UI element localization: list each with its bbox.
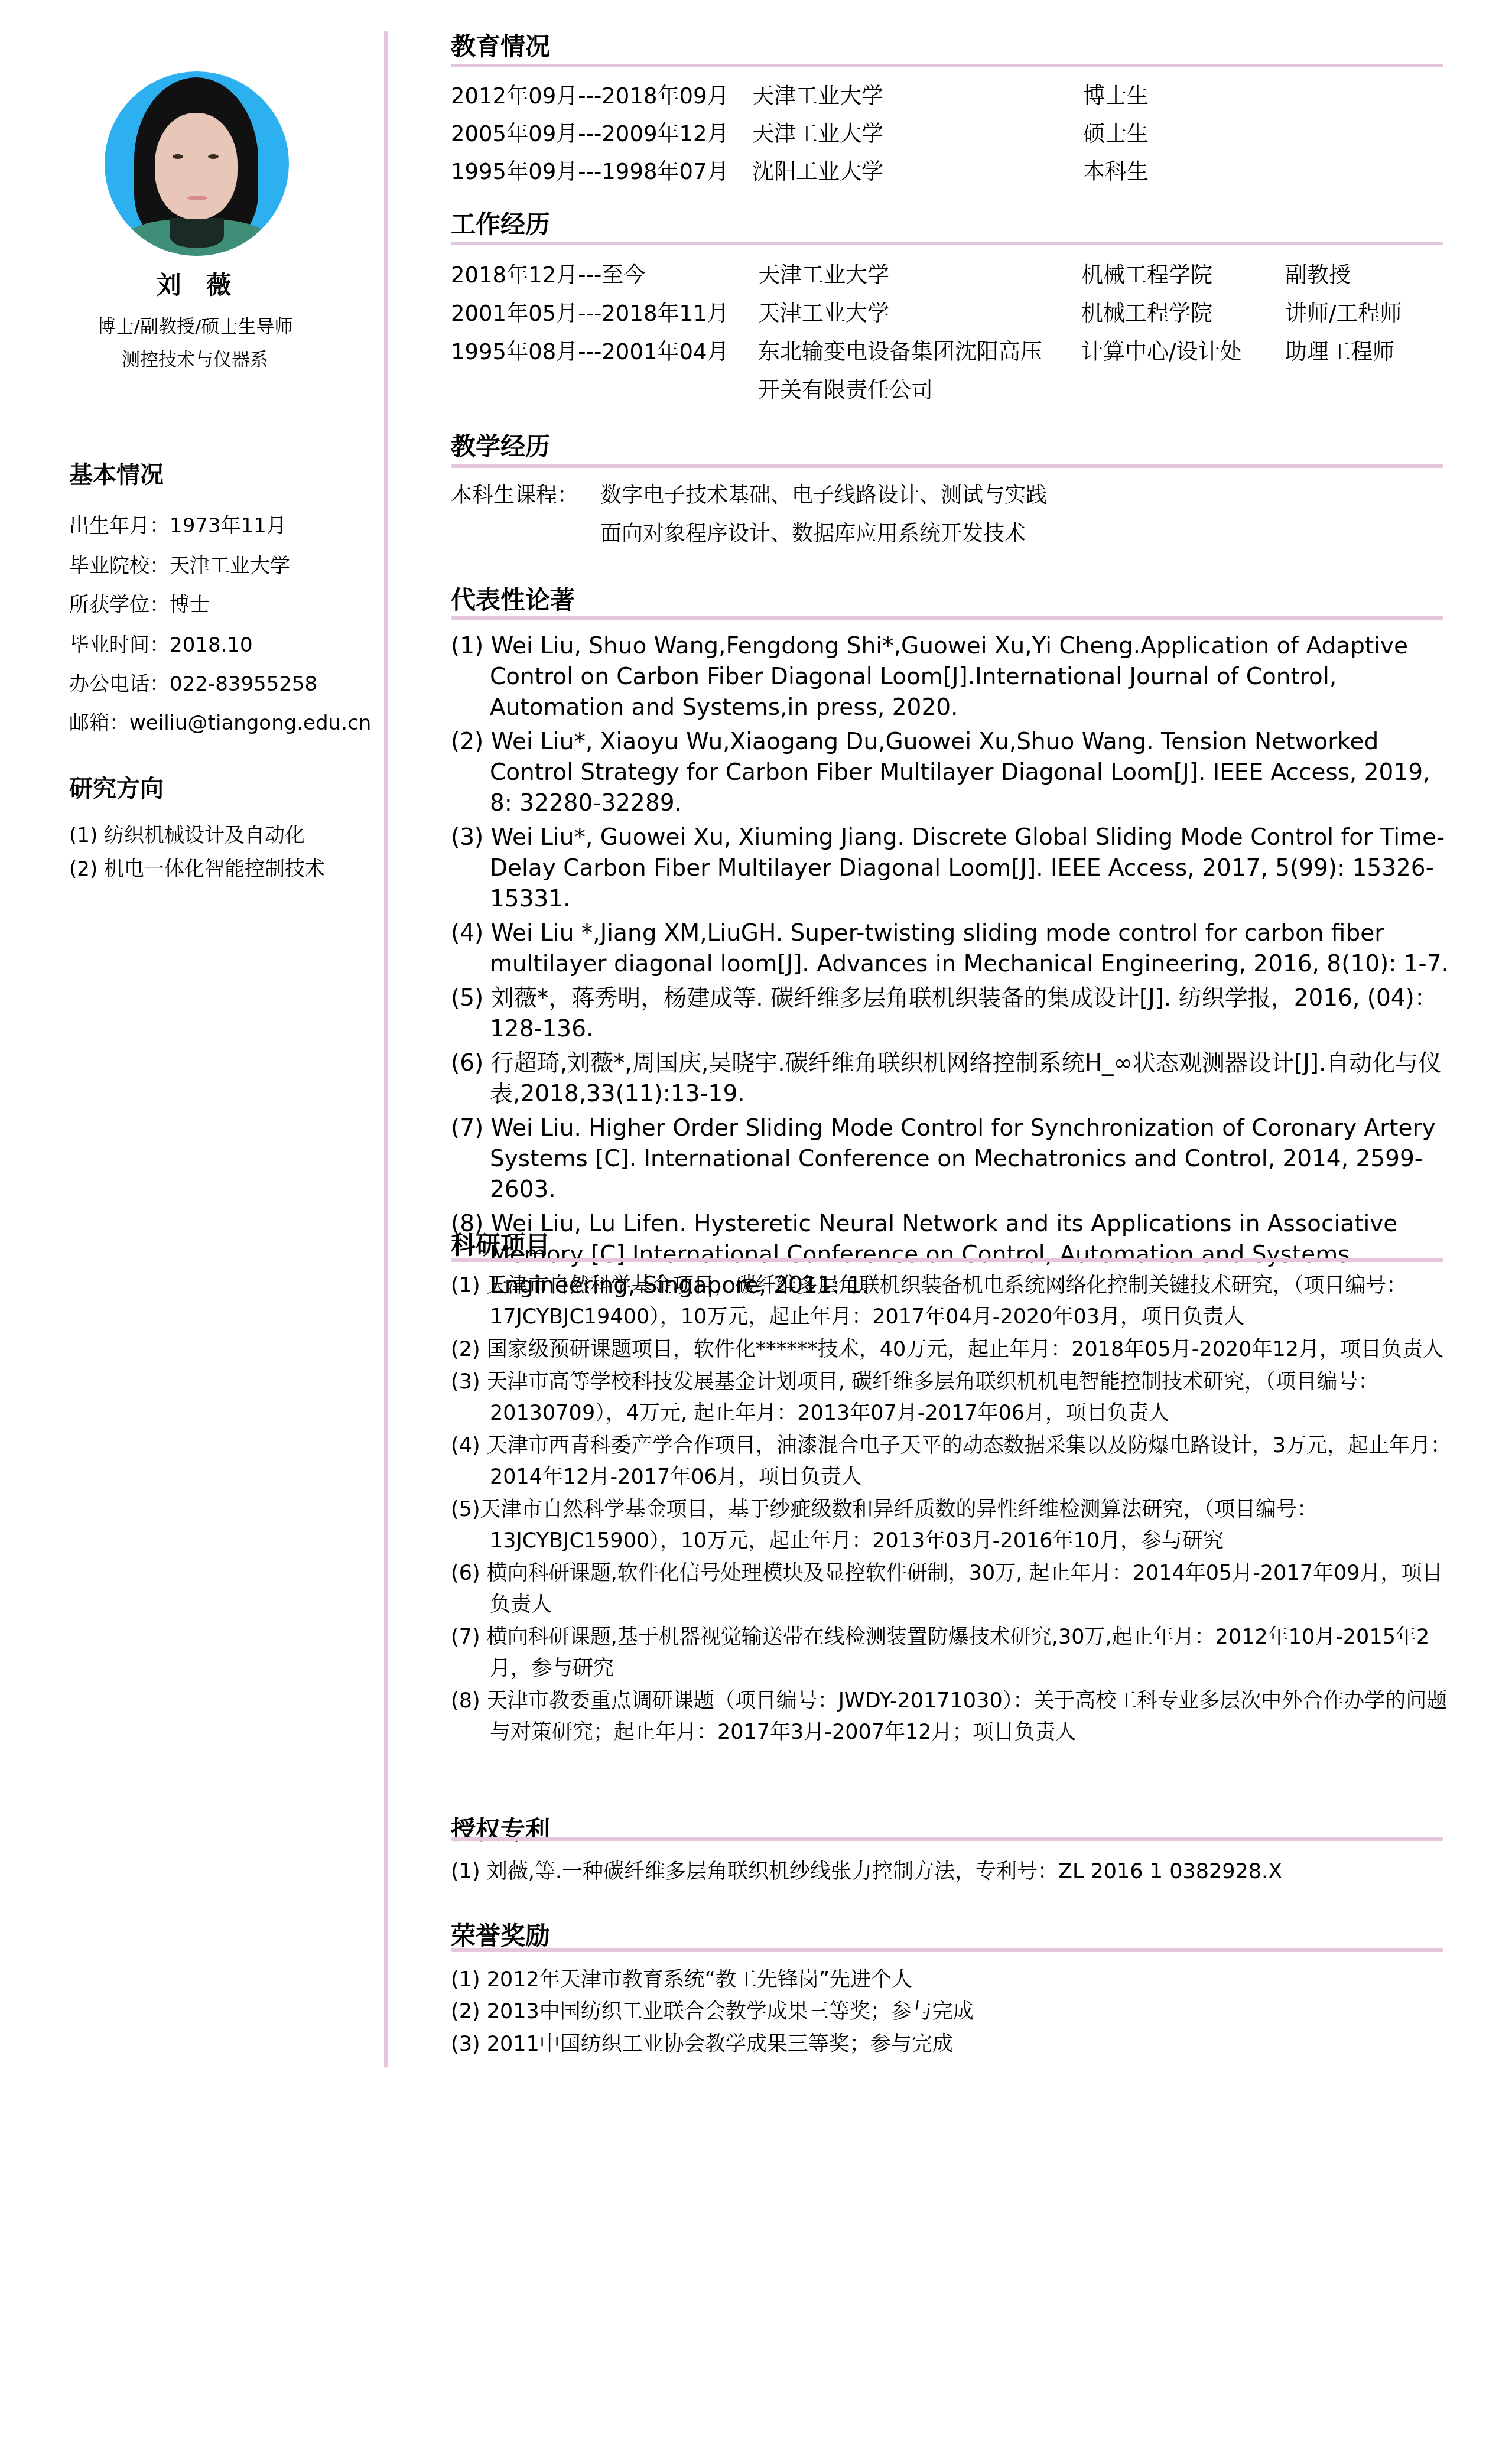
paper-item: (5) 刘薇*，蒋秀明，杨建成等. 碳纤维多层角联机织装备的集成设计[J]. 纺… (451, 983, 1455, 1045)
section-underline (451, 242, 1443, 245)
papers-heading: 代表性论著 (451, 581, 575, 616)
section-underline (451, 1948, 1443, 1952)
info-degree: 所获学位：博士 (69, 588, 210, 617)
section-underline (451, 464, 1443, 468)
education-heading: 教育情况 (451, 27, 550, 63)
section-underline (451, 1837, 1443, 1841)
patent-item: (1) 刘薇,等.一种碳纤维多层角联织机纱线张力控制方法，专利号：ZL 2016… (451, 1855, 1282, 1885)
edu-school: 天津工业大学 (752, 78, 883, 110)
teaching-label: 本科生课程： (451, 479, 578, 509)
work-org: 天津工业大学 (758, 257, 889, 289)
edu-period: 2005年09月---2009年12月 (451, 116, 729, 148)
info-label: 毕业时间： (69, 633, 170, 657)
info-phone: 办公电话：022-83955258 (69, 668, 317, 697)
work-heading: 工作经历 (451, 205, 550, 240)
projects-list: (1) 天津市自然科学基金项目，碳纤维多层角联机织装备机电系统网络化控制关键技术… (451, 1270, 1455, 1748)
work-dept: 计算中心/设计处 (1081, 334, 1241, 366)
honor-item: (1) 2012年天津市教育系统“教工先锋岗”先进个人 (451, 1963, 912, 1993)
work-dept: 机械工程学院 (1081, 257, 1212, 289)
paper-item: (3) Wei Liu*, Guowei Xu, Xiuming Jiang. … (451, 822, 1455, 915)
paper-item: (4) Wei Liu *,Jiang XM,LiuGH. Super-twis… (451, 918, 1455, 980)
info-label: 所获学位： (69, 593, 170, 617)
photo-eye (173, 154, 183, 159)
teaching-course-line: 面向对象程序设计、数据库应用系统开发技术 (600, 517, 1026, 547)
work-position: 助理工程师 (1285, 334, 1394, 366)
work-org: 天津工业大学 (758, 295, 889, 327)
info-label: 办公电话： (69, 672, 170, 696)
edu-period: 1995年09月---1998年07月 (451, 154, 729, 186)
paper-item: (2) Wei Liu*, Xiaoyu Wu,Xiaogang Du,Guow… (451, 727, 1455, 819)
paper-item: (7) Wei Liu. Higher Order Sliding Mode C… (451, 1113, 1455, 1205)
work-org-continued: 开关有限责任公司 (758, 372, 933, 404)
project-item: (7) 横向科研课题,基于机器视觉输送带在线检测装置防爆技术研究,30万,起止年… (451, 1622, 1455, 1684)
info-birth: 出生年月：1973年11月 (69, 509, 287, 538)
photo-face (155, 113, 238, 219)
research-item: (2) 机电一体化智能控制技术 (69, 853, 325, 881)
info-value: 022-83955258 (170, 672, 317, 696)
edu-degree: 本科生 (1083, 154, 1149, 186)
info-value: 博士 (170, 593, 210, 617)
info-value: 2018.10 (170, 633, 253, 657)
work-org: 东北输变电设备集团沈阳高压 (758, 334, 1042, 366)
project-item: (6) 横向科研课题,软件化信号处理模块及显控软件研制，30万, 起止年月：20… (451, 1558, 1455, 1621)
work-dept: 机械工程学院 (1081, 295, 1212, 327)
work-period: 2001年05月---2018年11月 (451, 295, 729, 327)
teaching-course-line: 数字电子技术基础、电子线路设计、测试与实践 (600, 479, 1047, 509)
profile-title: 博士/副教授/硕士生导师 (47, 311, 343, 338)
edu-period: 2012年09月---2018年09月 (451, 78, 729, 110)
honor-item: (3) 2011中国纺织工业协会教学成果三等奖；参与完成 (451, 2028, 953, 2057)
section-underline (451, 64, 1443, 67)
edu-school: 沈阳工业大学 (752, 154, 883, 186)
basic-info-heading: 基本情况 (69, 456, 164, 490)
vertical-divider (384, 31, 388, 2068)
research-heading: 研究方向 (69, 770, 164, 804)
honor-item: (2) 2013中国纺织工业联合会教学成果三等奖；参与完成 (451, 1995, 974, 2025)
photo-eye (208, 154, 219, 159)
project-item: (2) 国家级预研课题项目，软件化******技术，40万元，起止年月：2018… (451, 1334, 1455, 1365)
photo-collar (170, 218, 224, 248)
email-link[interactable]: weiliu@tiangong.edu.cn (129, 711, 371, 735)
work-period: 2018年12月---至今 (451, 257, 645, 289)
research-item: (1) 纺织机械设计及自动化 (69, 819, 305, 848)
paper-item: (6) 行超琦,刘薇*,周国庆,吴晓宇.碳纤维角联织机网络控制系统H_∞状态观测… (451, 1048, 1455, 1110)
photo-mouth (187, 196, 207, 200)
edu-degree: 博士生 (1083, 78, 1149, 110)
patents-heading: 授权专利 (451, 1811, 550, 1846)
project-item: (5)天津市自然科学基金项目，基于纱疵级数和异纤质数的异性纤维检测算法研究，（项… (451, 1494, 1455, 1557)
project-item: (3) 天津市高等学校科技发展基金计划项目, 碳纤维多层角联织机机电智能控制技术… (451, 1367, 1455, 1429)
info-school: 毕业院校：天津工业大学 (69, 549, 290, 578)
papers-list: (1) Wei Liu, Shuo Wang,Fengdong Shi*,Guo… (451, 631, 1455, 1301)
section-underline (451, 616, 1443, 620)
work-period: 1995年08月---2001年04月 (451, 334, 729, 366)
info-email: 邮箱：weiliu@tiangong.edu.cn (69, 707, 371, 736)
work-position: 副教授 (1285, 257, 1351, 289)
honors-heading: 荣誉奖励 (451, 1917, 550, 1952)
info-graduation: 毕业时间：2018.10 (69, 629, 253, 658)
project-item: (4) 天津市西青科委产学合作项目，油漆混合电子天平的动态数据采集以及防爆电路设… (451, 1430, 1455, 1493)
projects-heading: 科研项目 (451, 1226, 550, 1261)
info-label: 毕业院校： (69, 554, 170, 578)
work-position: 讲师/工程师 (1285, 295, 1402, 327)
section-underline (451, 1258, 1443, 1262)
portrait-photo (105, 71, 289, 256)
teaching-heading: 教学经历 (451, 427, 550, 463)
info-value: 1973年11月 (170, 514, 287, 538)
paper-item: (1) Wei Liu, Shuo Wang,Fengdong Shi*,Guo… (451, 631, 1455, 723)
project-item: (8) 天津市教委重点调研课题（项目编号：JWDY-20171030）：关于高校… (451, 1686, 1455, 1748)
info-label: 邮箱： (69, 711, 129, 735)
profile-department: 测控技术与仪器系 (47, 344, 343, 371)
edu-degree: 硕士生 (1083, 116, 1149, 148)
info-label: 出生年月： (69, 514, 170, 538)
profile-name: 刘 薇 (71, 266, 325, 301)
info-value: 天津工业大学 (170, 554, 290, 578)
project-item: (1) 天津市自然科学基金项目，碳纤维多层角联机织装备机电系统网络化控制关键技术… (451, 1270, 1455, 1333)
edu-school: 天津工业大学 (752, 116, 883, 148)
